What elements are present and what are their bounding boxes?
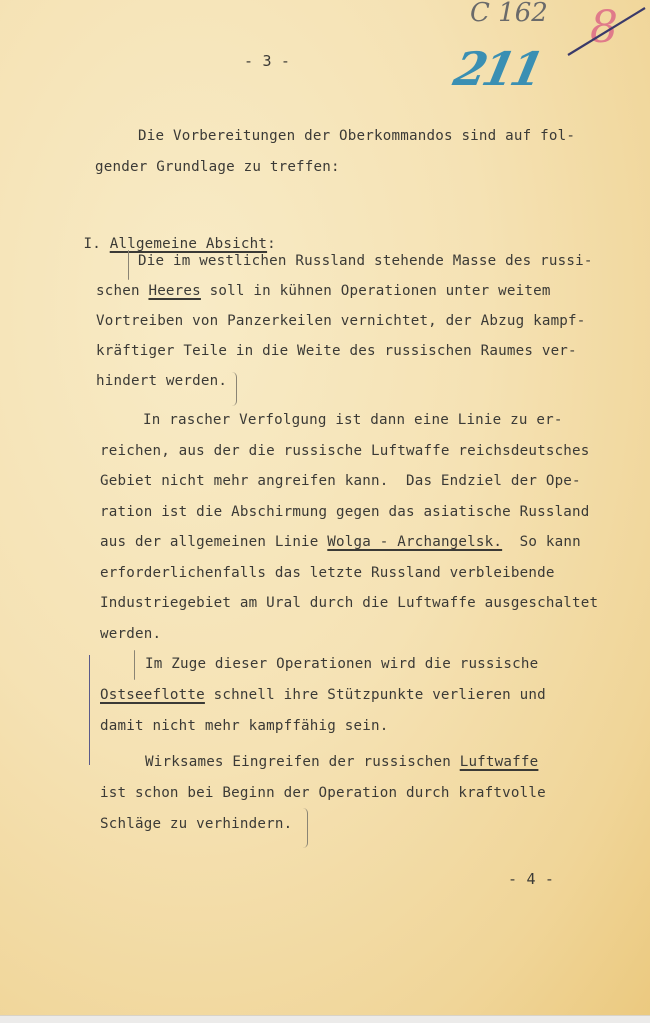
section-number: I. — [83, 236, 100, 252]
page-header: - 3 - — [244, 52, 290, 70]
section-heading: I. Allgemeine Absicht: — [66, 217, 276, 253]
pencil-bracket-close — [232, 372, 237, 406]
paragraph-2-line: aus der allgemeinen Linie Wolga - Archan… — [100, 533, 581, 551]
scan-edge-strip — [0, 1015, 650, 1023]
paragraph-3-line: Im Zuge dieser Operationen wird die russ… — [145, 655, 538, 673]
text-run: Vortreiben von Panzerkeilen vernichtet, … — [96, 313, 586, 329]
pencil-bracket-open-2 — [134, 650, 135, 680]
text-run: kräftiger Teile in die Weite des russisc… — [96, 343, 577, 359]
text-run: ist schon bei Beginn der Operation durch… — [100, 785, 546, 801]
intro-line-1: Die Vorbereitungen der Oberkommandos sin… — [138, 127, 575, 145]
pencil-bracket-open — [128, 250, 129, 280]
underlined-term: Luftwaffe — [460, 754, 539, 770]
underlined-term: Wolga - Archangelsk. — [327, 534, 502, 550]
text-run: damit nicht mehr kampffähig sein. — [100, 718, 388, 734]
paragraph-2-line: erforderlichenfalls das letzte Russland … — [100, 564, 555, 582]
paragraph-4-line: ist schon bei Beginn der Operation durch… — [100, 784, 546, 802]
text-run: ration ist die Abschirmung gegen das asi… — [100, 504, 590, 520]
paragraph-4-line: Schläge zu verhindern. — [100, 815, 292, 833]
text-run: Die im westlichen Russland stehende Mass… — [138, 253, 593, 269]
paragraph-1-line: Vortreiben von Panzerkeilen vernichtet, … — [96, 312, 586, 330]
underlined-term: Heeres — [148, 283, 200, 299]
text-run: Gebiet nicht mehr angreifen kann. Das En… — [100, 473, 581, 489]
section-title: Allgemeine Absicht — [110, 236, 267, 252]
text-run: Im Zuge dieser Operationen wird die russ… — [145, 656, 538, 672]
paragraph-2-line: Gebiet nicht mehr angreifen kann. Das En… — [100, 472, 581, 490]
text-run: reichen, aus der die russische Luftwaffe… — [100, 443, 590, 459]
text-run: hindert werden. — [96, 373, 227, 389]
text-run: schnell ihre Stützpunkte verlieren und — [205, 687, 546, 703]
text-run: Industriegebiet am Ural durch die Luftwa… — [100, 595, 598, 611]
margin-line — [89, 655, 90, 765]
paragraph-3-line: damit nicht mehr kampffähig sein. — [100, 717, 388, 735]
section-colon: : — [267, 236, 276, 252]
text-run: So kann — [502, 534, 581, 550]
text-run: Schläge zu verhindern. — [100, 816, 292, 832]
blue-folio-number: 211 — [449, 42, 545, 96]
pencil-reference-annotation: C 162 — [470, 0, 548, 28]
paragraph-2-line: ration ist die Abschirmung gegen das asi… — [100, 503, 590, 521]
pencil-bracket-close-2 — [303, 808, 308, 848]
paragraph-2-line: Industriegebiet am Ural durch die Luftwa… — [100, 594, 598, 612]
paragraph-1-line: kräftiger Teile in die Weite des russisc… — [96, 342, 577, 360]
text-run: schen — [96, 283, 148, 299]
underlined-term: Ostseeflotte — [100, 687, 205, 703]
paragraph-2-line: werden. — [100, 625, 161, 643]
text-run: aus der allgemeinen Linie — [100, 534, 327, 550]
paragraph-2-line: In rascher Verfolgung ist dann eine Lini… — [143, 411, 563, 429]
paragraph-1-line: hindert werden. — [96, 372, 227, 390]
text-run: Wirksames Eingreifen der russischen — [145, 754, 460, 770]
paragraph-1-line: schen Heeres soll in kühnen Operationen … — [96, 282, 551, 300]
intro-line-2: gender Grundlage zu treffen: — [95, 158, 340, 176]
text-run: werden. — [100, 626, 161, 642]
text-run: erforderlichenfalls das letzte Russland … — [100, 565, 555, 581]
strike-line — [560, 0, 650, 60]
paragraph-2-line: reichen, aus der die russische Luftwaffe… — [100, 442, 590, 460]
paragraph-4-line: Wirksames Eingreifen der russischen Luft… — [145, 753, 538, 771]
paragraph-3-line: Ostseeflotte schnell ihre Stützpunkte ve… — [100, 686, 546, 704]
paragraph-1-line: Die im westlichen Russland stehende Mass… — [138, 252, 593, 270]
text-run: In rascher Verfolgung ist dann eine Lini… — [143, 412, 563, 428]
page-footer: - 4 - — [508, 870, 554, 888]
text-run: soll in kühnen Operationen unter weitem — [201, 283, 551, 299]
